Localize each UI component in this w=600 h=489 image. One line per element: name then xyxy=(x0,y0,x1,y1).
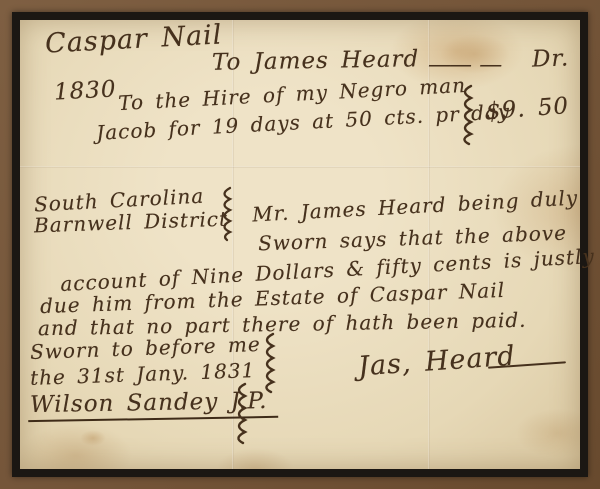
ink-brace-icon xyxy=(258,332,280,394)
venue-district: Barnwell District xyxy=(34,209,229,236)
picture-frame: Caspar Nail To James Heard —— — Dr. 1830… xyxy=(12,12,588,477)
ink-brace-icon xyxy=(216,186,236,242)
paper-crease xyxy=(20,166,580,168)
debtor-name: Caspar Nail xyxy=(44,21,223,57)
jurat-line-2: the 31st Jany. 1831 xyxy=(30,360,256,388)
document-paper: Caspar Nail To James Heard —— — Dr. 1830… xyxy=(20,20,580,469)
dr-abbreviation: Dr. xyxy=(532,47,570,71)
affidavit-line-5: and that no part there of hath been paid… xyxy=(38,310,527,339)
ink-brace-icon xyxy=(456,84,478,146)
affidavit-line-1: Mr. James Heard being duly xyxy=(252,187,579,224)
amount-value: $9. 50 xyxy=(485,95,570,124)
jurat-line-1: Sworn to before me xyxy=(30,334,261,362)
charge-to-line: To James Heard xyxy=(212,48,420,75)
age-stain xyxy=(80,430,106,446)
ink-brace-icon xyxy=(230,382,252,446)
claimant-signature: Jas, Heard xyxy=(357,343,516,381)
year-label: 1830 xyxy=(53,78,117,104)
